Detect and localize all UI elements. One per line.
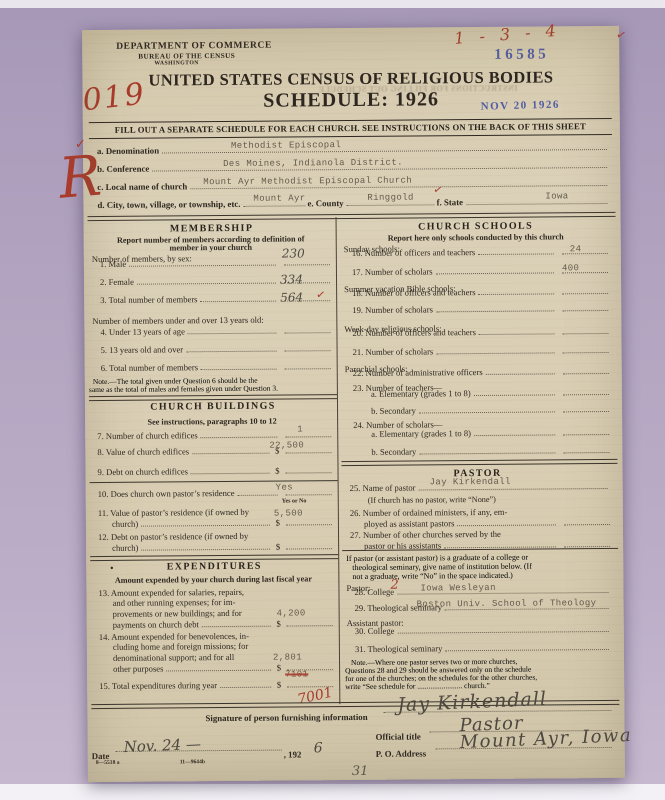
q22-label: 22. Number of administrative officers <box>353 367 483 378</box>
field-f-label: f. State <box>437 197 463 207</box>
q6-label: 6. Total number of members <box>101 362 198 373</box>
q15-label: 15. Total expenditures during year <box>99 680 217 691</box>
field-a-label: a. Denomination <box>97 146 159 156</box>
signature-value: Jay Kirkendall <box>397 688 548 716</box>
form-number-2: 11—9644b <box>180 759 205 765</box>
q28-value: Iowa Wesleyan <box>420 583 495 594</box>
q14-dollar-sign: $ <box>277 663 281 674</box>
q13-value: 4,200 <box>277 608 306 618</box>
q30-label: 30. College <box>355 626 395 636</box>
q2-label: 2. Female <box>100 277 134 287</box>
q23b-label: b. Secondary <box>371 406 416 416</box>
q18-label: 18. Number of officers and teachers <box>352 287 476 298</box>
q7-label: 7. Number of church edifices <box>97 430 198 441</box>
q28-label: 28. College <box>354 587 394 597</box>
q14-line-4: other purposes <box>113 663 163 674</box>
instruction-banner: FILL OUT A SEPARATE SCHEDULE FOR EACH CH… <box>89 118 612 139</box>
q9-dollar-sign: $ <box>275 466 279 476</box>
q11-dollar-sign: $ <box>276 518 280 529</box>
q24a-label: a. Elementary (grades 1 to 8) <box>371 428 471 439</box>
q8-value: 22,500 <box>269 440 304 450</box>
q10-value: Yes <box>276 482 293 492</box>
photo-of-census-form: DEPARTMENT OF COMMERCE BUREAU OF THE CEN… <box>0 0 665 800</box>
q14-value: 2,801 <box>273 652 302 662</box>
buildings-heading: CHURCH BUILDINGS <box>93 400 333 413</box>
schools-heading: CHURCH SCHOOLS <box>342 220 610 233</box>
q11-value: 5,500 <box>274 508 303 518</box>
q20-label: 20. Number of officers and teachers <box>352 327 476 338</box>
po-address-label: P. O. Address <box>376 748 426 758</box>
field-a-value: Methodist Episcopal <box>231 140 341 151</box>
field-e-label: e. County <box>307 198 343 208</box>
pastor-divider-rule <box>341 459 617 466</box>
field-b-label: b. Conference <box>97 164 149 174</box>
q10-label: 10. Does church own pastor’s residence <box>98 488 235 499</box>
q31-label: 31. Theological seminary <box>355 643 443 654</box>
stamped-serial-number: 16585 <box>494 46 549 63</box>
printed-year: , 192 <box>284 749 302 759</box>
q3-label: 3. Total number of members <box>100 294 197 305</box>
q3-check-mark: ✓ <box>315 288 326 302</box>
q21-label: 21. Number of scholars <box>353 346 434 357</box>
q17-value: 400 <box>562 263 579 273</box>
field-c-label: c. Local name of church <box>97 181 187 192</box>
q9-label: 9. Debt on church edifices <box>97 466 188 477</box>
q13-dollar-sign: $ <box>276 619 280 630</box>
q8-label: 8. Value of church edifices <box>97 446 189 457</box>
q17-label: 17. Number of scholars <box>352 266 433 277</box>
q10-hint: Yes or No <box>282 498 307 504</box>
agency-line-3: WASHINGTON <box>154 60 199 66</box>
q25-value: Jay Kirkendall <box>430 477 511 488</box>
year-digit: 6 <box>314 740 323 756</box>
q1-value: 230 <box>282 246 305 260</box>
q23a-label: a. Elementary (grades 1 to 8) <box>371 388 471 399</box>
field-d-label: d. City, town, village, or township, etc… <box>97 199 240 210</box>
pastor-note-4: write “See schedule for ................… <box>345 680 617 691</box>
q5-label: 5. 13 years old and over <box>101 344 184 355</box>
q25-label: 25. Name of pastor <box>350 483 416 494</box>
membership-heading: MEMBERSHIP <box>92 222 332 235</box>
q26-line-2: ployed as assistant pastors <box>364 518 455 529</box>
form-number-1: 8—5518 a <box>96 760 120 766</box>
signature-label: Signature of person furnishing informati… <box>205 712 367 723</box>
q7-value: 1 <box>297 424 303 434</box>
field-f-value: Iowa <box>545 191 568 201</box>
q29-value: Boston Univ. School of Theology <box>417 598 597 609</box>
schools-sub: Report here only schools conducted by th… <box>342 232 610 243</box>
field-d-value: Mount Ayr <box>253 193 305 203</box>
column-divider <box>336 217 341 704</box>
field-b-value: Des Moines, Indianola District. <box>223 158 403 169</box>
q4-label: 4. Under 13 years of age <box>100 326 185 337</box>
received-date-stamp: NOV 20 1926 <box>481 99 561 113</box>
buildings-inner-rule <box>90 480 338 483</box>
photo-edge-bottom <box>0 784 665 800</box>
q24b-label: b. Secondary <box>371 447 416 457</box>
membership-note-2: same as the total of males and females g… <box>89 383 335 394</box>
pencil-page-number: 31 <box>352 764 369 779</box>
q2-value: 334 <box>280 272 303 286</box>
agency-line-1: DEPARTMENT OF COMMERCE <box>116 41 272 52</box>
q19-label: 19. Number of scholars <box>352 304 433 315</box>
photo-edge-top <box>0 0 665 8</box>
expenditures-heading: EXPENDITURES <box>94 560 334 573</box>
q13-line-4: payments on church debt <box>113 619 199 630</box>
field-c-value: Mount Ayr Methodist Episcopal Church <box>203 176 412 188</box>
q25-note: (If church has no pastor, write “None”) <box>368 495 496 505</box>
date-value: Nov. 24 — <box>123 735 201 756</box>
expenditures-sub: Amount expended by your church during la… <box>90 574 336 585</box>
q3-value: 564 <box>280 290 303 304</box>
q11-line-2: church) <box>112 519 138 530</box>
q1-label: 1. Male <box>100 259 126 269</box>
census-schedule-paper: DEPARTMENT OF COMMERCE BUREAU OF THE CEN… <box>82 26 625 782</box>
field-e-value: Ringgold <box>367 193 413 203</box>
official-title-label: Official title <box>376 731 421 741</box>
q12-dollar-sign: $ <box>276 542 280 553</box>
q16-label: 16. Number of officers and teachers <box>352 247 476 258</box>
q16-value: 24 <box>570 244 582 254</box>
handwritten-batch-code: 019 <box>81 76 148 118</box>
q12-line-2: church) <box>112 543 138 554</box>
q15-dollar-sign: $ <box>277 680 281 690</box>
